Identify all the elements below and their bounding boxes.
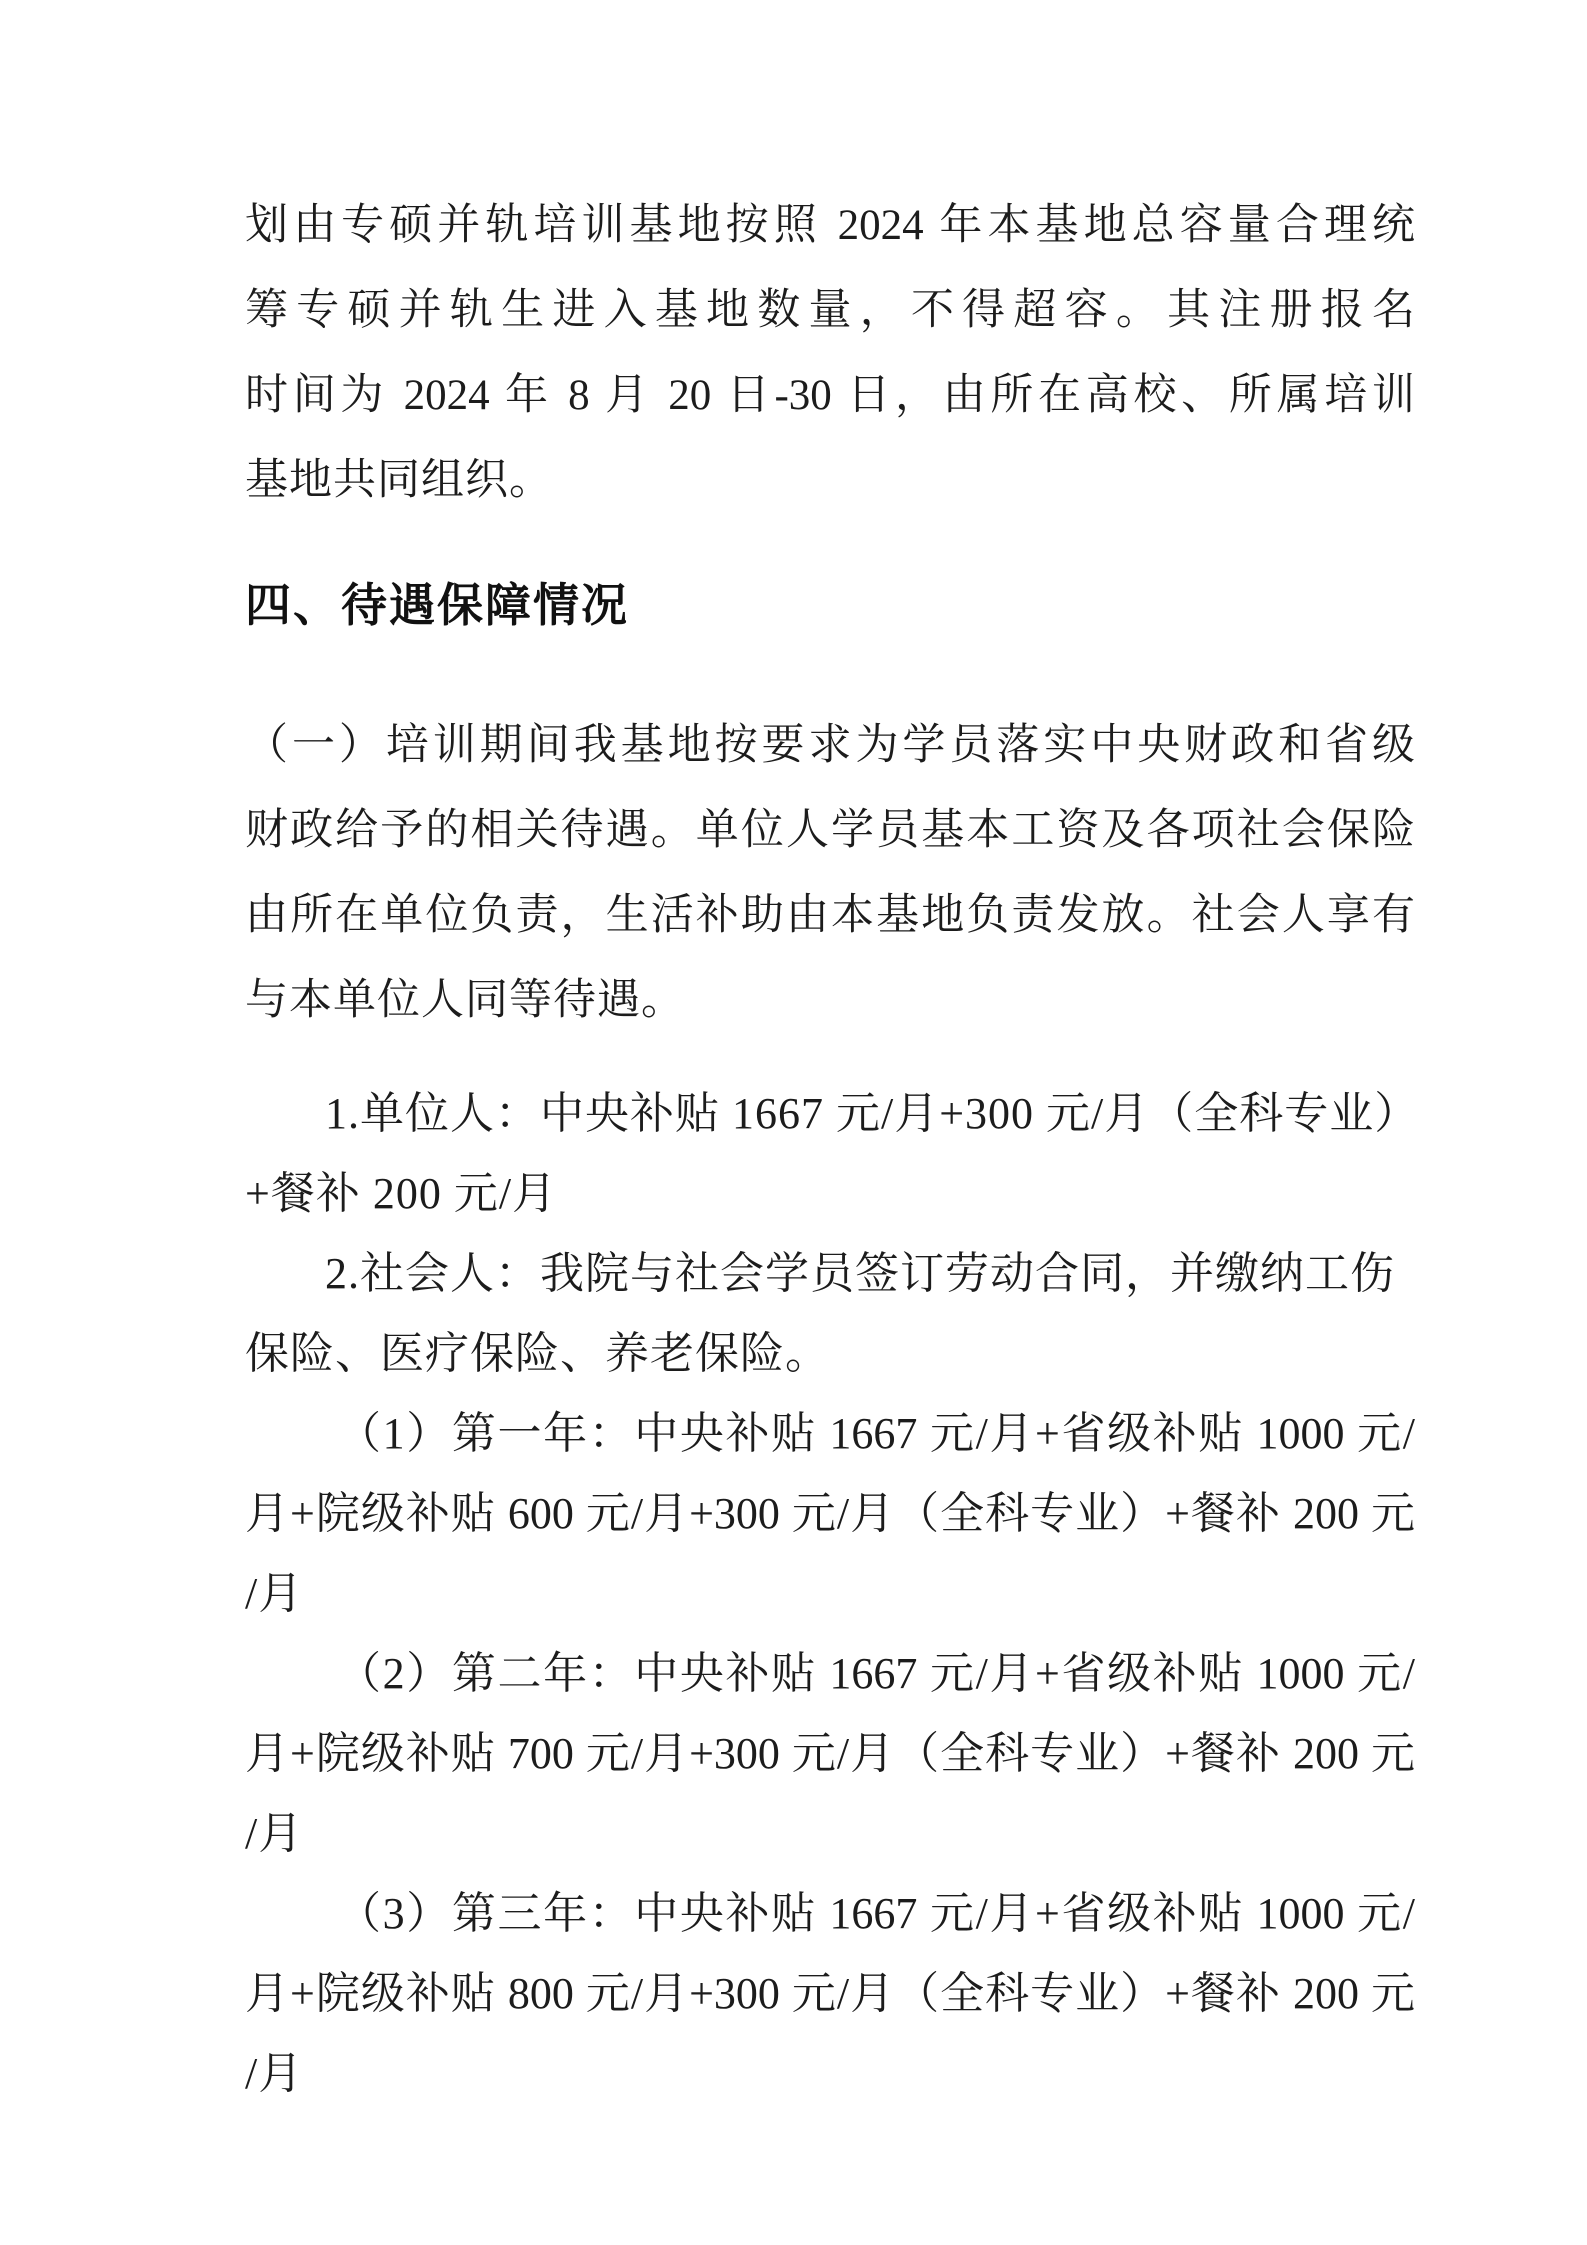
paragraph-line: 与本单位人同等待遇。 <box>245 958 1415 1043</box>
section-heading: 四、待遇保障情况 <box>245 563 1415 648</box>
paragraph-line: 1.单位人：中央补贴 1667 元/月+300 元/月（全科专业） <box>245 1074 1415 1154</box>
document-content: 划由专硕并轨培训基地按照 2024 年本基地总容量合理统 筹专硕并轨生进入基地数… <box>0 0 1587 2114</box>
paragraph-line: 划由专硕并轨培训基地按照 2024 年本基地总容量合理统 <box>245 183 1415 268</box>
paragraph-line: 财政给予的相关待遇。单位人学员基本工资及各项社会保险 <box>245 788 1415 873</box>
paragraph-line: （一）培训期间我基地按要求为学员落实中央财政和省级 <box>245 703 1415 788</box>
paragraph-line: /月 <box>245 1794 1415 1874</box>
paragraph-line: 月+院级补贴 600 元/月+300 元/月（全科专业）+餐补 200 元 <box>245 1474 1415 1554</box>
paragraph-line: /月 <box>245 1554 1415 1634</box>
paragraph-line: 筹专硕并轨生进入基地数量，不得超容。其注册报名 <box>245 268 1415 353</box>
year-two-item: （2）第二年：中央补贴 1667 元/月+省级补贴 1000 元/ 月+院级补贴… <box>245 1634 1415 1874</box>
paragraph-line: 基地共同组织。 <box>245 438 1415 523</box>
unit-person-item: 1.单位人：中央补贴 1667 元/月+300 元/月（全科专业） +餐补 20… <box>245 1074 1415 1234</box>
social-person-item: 2.社会人：我院与社会学员签订劳动合同，并缴纳工伤 保险、医疗保险、养老保险。 <box>245 1234 1415 1394</box>
intro-paragraph: 划由专硕并轨培训基地按照 2024 年本基地总容量合理统 筹专硕并轨生进入基地数… <box>245 183 1415 523</box>
benefits-paragraph: （一）培训期间我基地按要求为学员落实中央财政和省级 财政给予的相关待遇。单位人学… <box>245 703 1415 1043</box>
paragraph-line: +餐补 200 元/月 <box>245 1154 1415 1234</box>
paragraph-line: 由所在单位负责，生活补助由本基地负责发放。社会人享有 <box>245 873 1415 958</box>
document-page: 划由专硕并轨培训基地按照 2024 年本基地总容量合理统 筹专硕并轨生进入基地数… <box>0 0 1587 2245</box>
paragraph-line: 2.社会人：我院与社会学员签订劳动合同，并缴纳工伤 <box>245 1234 1415 1314</box>
paragraph-line: /月 <box>245 2034 1415 2114</box>
paragraph-line: 月+院级补贴 700 元/月+300 元/月（全科专业）+餐补 200 元 <box>245 1714 1415 1794</box>
paragraph-line: 保险、医疗保险、养老保险。 <box>245 1314 1415 1394</box>
paragraph-line: 月+院级补贴 800 元/月+300 元/月（全科专业）+餐补 200 元 <box>245 1954 1415 2034</box>
year-three-item: （3）第三年：中央补贴 1667 元/月+省级补贴 1000 元/ 月+院级补贴… <box>245 1874 1415 2114</box>
paragraph-line: （1）第一年：中央补贴 1667 元/月+省级补贴 1000 元/ <box>245 1394 1415 1474</box>
paragraph-line: （3）第三年：中央补贴 1667 元/月+省级补贴 1000 元/ <box>245 1874 1415 1954</box>
year-one-item: （1）第一年：中央补贴 1667 元/月+省级补贴 1000 元/ 月+院级补贴… <box>245 1394 1415 1634</box>
paragraph-line: （2）第二年：中央补贴 1667 元/月+省级补贴 1000 元/ <box>245 1634 1415 1714</box>
paragraph-line: 时间为 2024 年 8 月 20 日-30 日，由所在高校、所属培训 <box>245 353 1415 438</box>
